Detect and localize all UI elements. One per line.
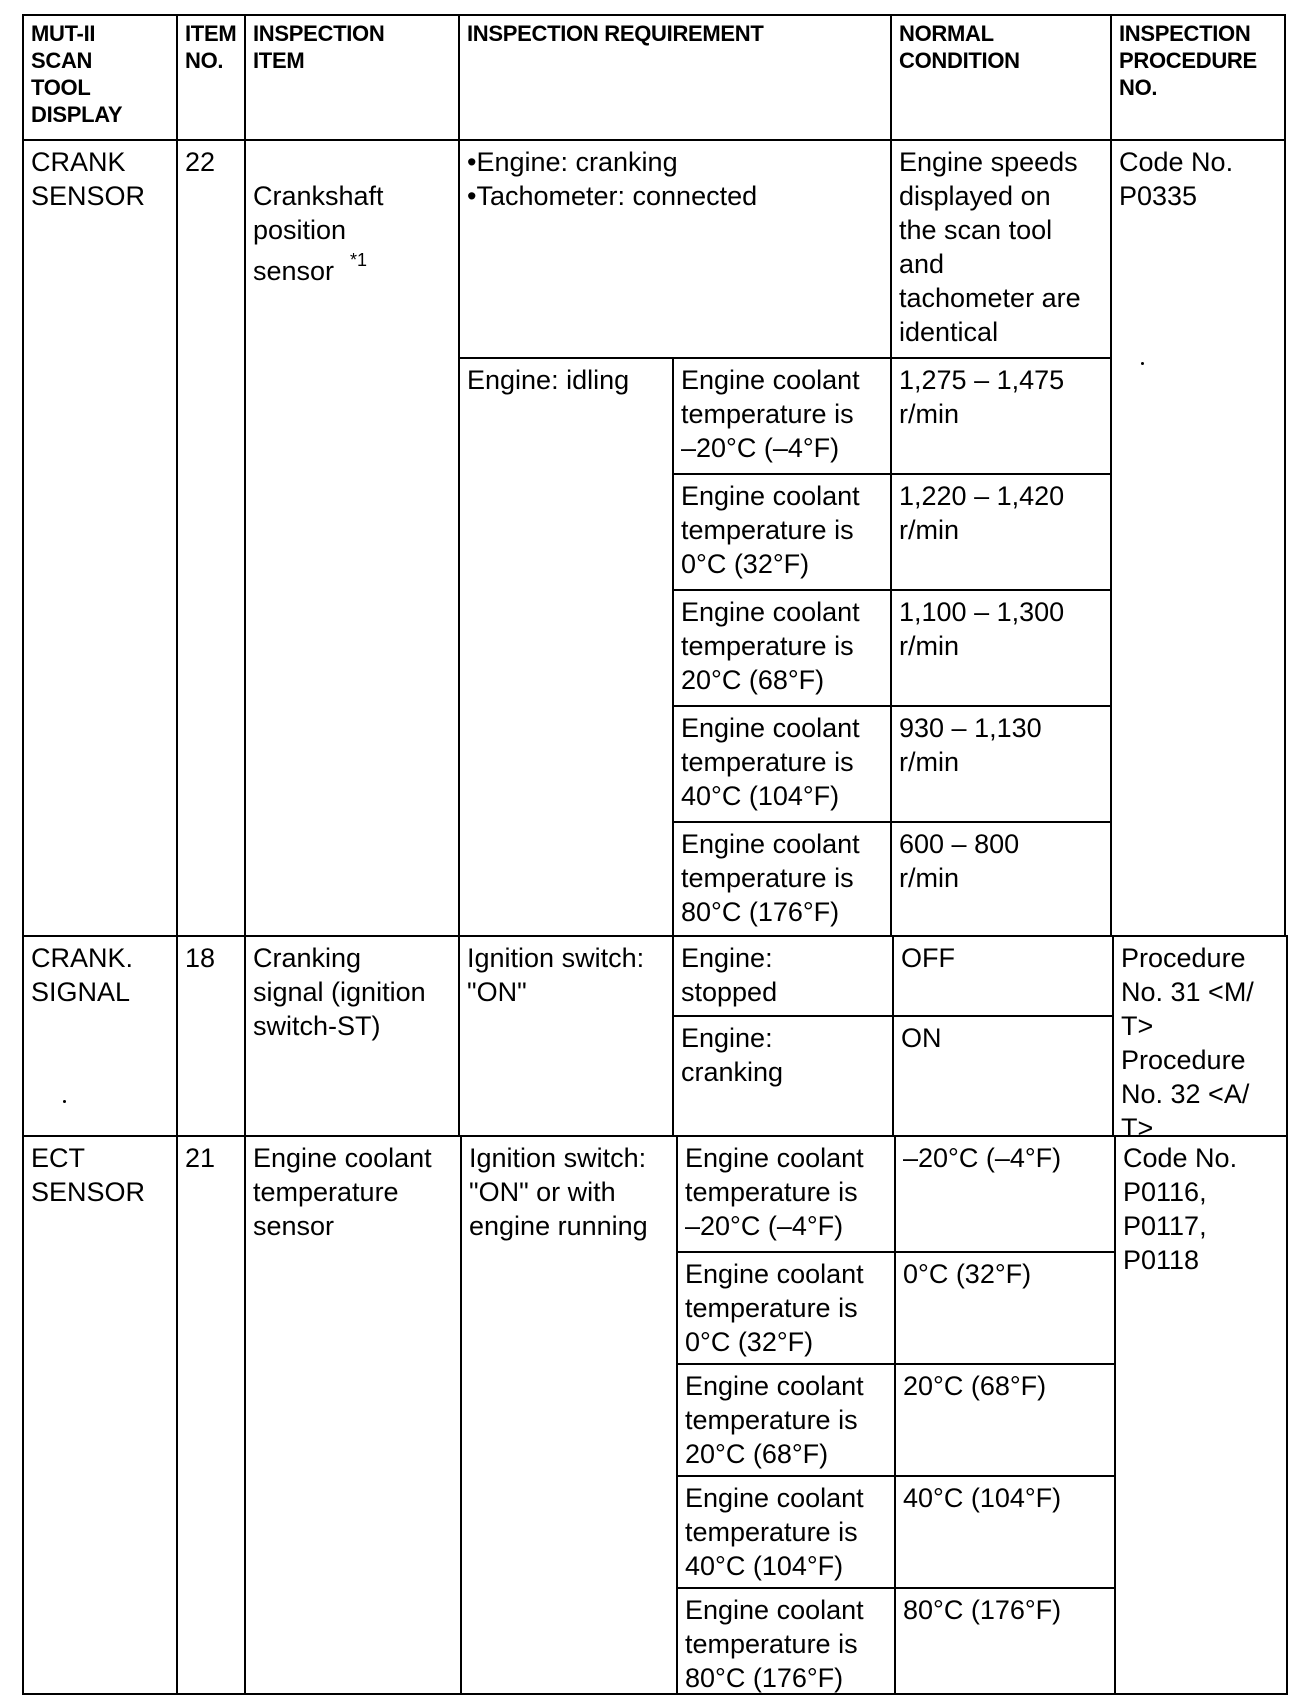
crank-signal-subrow-condition: Engine: cranking xyxy=(672,1015,894,1137)
crank-signal-item-no: 18 xyxy=(176,935,246,1137)
header-normal-condition: NORMAL CONDITION xyxy=(890,14,1112,141)
crank-signal-subrow-normal: ON xyxy=(892,1015,1114,1137)
crank-sensor-subrow-normal: 1,275 – 1,475 r/min xyxy=(890,357,1112,475)
ect-sensor-subrow-condition: Engine coolant temperature is 40°C (104°… xyxy=(676,1475,896,1589)
ect-sensor-procedure: Code No. P0116, P0117, P0118 xyxy=(1114,1135,1288,1695)
ect-sensor-subrow-normal: 0°C (32°F) xyxy=(894,1251,1116,1365)
crank-sensor-cranking-normal: Engine speeds displayed on the scan tool… xyxy=(890,139,1112,359)
crank-sensor-subrow-normal: 1,220 – 1,420 r/min xyxy=(890,473,1112,591)
scan-speck xyxy=(63,1100,66,1103)
crank-signal-procedure: Procedure No. 31 <M/ T> Procedure No. 32… xyxy=(1112,935,1288,1137)
crank-sensor-item-no: 22 xyxy=(176,139,246,937)
ect-sensor-item: Engine coolant temperature sensor xyxy=(244,1135,462,1695)
crank-sensor-subrow-condition: Engine coolant temperature is –20°C (–4°… xyxy=(672,357,892,475)
crank-sensor-subrow-normal: 1,100 – 1,300 r/min xyxy=(890,589,1112,707)
inspection-table-page: MUT-II SCAN TOOL DISPLAY ITEM NO. INSPEC… xyxy=(0,0,1312,1708)
header-inspection-item: INSPECTION ITEM xyxy=(244,14,460,141)
ect-sensor-subrow-condition: Engine coolant temperature is 20°C (68°F… xyxy=(676,1363,896,1477)
crank-signal-subrow-condition: Engine: stopped xyxy=(672,935,894,1017)
crank-sensor-subrow-condition: Engine coolant temperature is 80°C (176°… xyxy=(672,821,892,937)
crank-sensor-item-text: Crankshaft position sensor xyxy=(253,181,384,286)
crank-sensor-subrow-condition: Engine coolant temperature is 20°C (68°F… xyxy=(672,589,892,707)
crank-sensor-subrow-normal: 600 – 800 r/min xyxy=(890,821,1112,937)
crank-signal-subrow-normal: OFF xyxy=(892,935,1114,1017)
ect-sensor-subrow-condition: Engine coolant temperature is 0°C (32°F) xyxy=(676,1251,896,1365)
ect-sensor-subrow-normal: 40°C (104°F) xyxy=(894,1475,1116,1589)
crank-sensor-idle-condition: Engine: idling xyxy=(458,357,674,937)
header-procedure-no: INSPECTION PROCEDURE NO. xyxy=(1110,14,1286,141)
crank-sensor-procedure: Code No. P0335 xyxy=(1110,139,1286,937)
header-item-no: ITEM NO. xyxy=(176,14,246,141)
crank-signal-display: CRANK. SIGNAL xyxy=(22,935,178,1137)
crank-signal-requirement: Ignition switch: "ON" xyxy=(458,935,674,1137)
crank-sensor-display: CRANK SENSOR xyxy=(22,139,178,937)
ect-sensor-subrow-condition: Engine coolant temperature is 80°C (176°… xyxy=(676,1587,896,1695)
crank-signal-item: Cranking signal (ignition switch-ST) xyxy=(244,935,460,1137)
crank-sensor-subrow-condition: Engine coolant temperature is 0°C (32°F) xyxy=(672,473,892,591)
ect-sensor-subrow-normal: –20°C (–4°F) xyxy=(894,1135,1116,1253)
ect-sensor-subrow-condition: Engine coolant temperature is –20°C (–4°… xyxy=(676,1135,896,1253)
scan-speck xyxy=(1141,362,1144,365)
ect-sensor-display: ECT SENSOR xyxy=(22,1135,178,1695)
footnote-marker: *1 xyxy=(350,250,367,270)
crank-sensor-cranking-requirement: •Engine: cranking •Tachometer: connected xyxy=(458,139,892,359)
ect-sensor-subrow-normal: 80°C (176°F) xyxy=(894,1587,1116,1695)
crank-sensor-subrow-normal: 930 – 1,130 r/min xyxy=(890,705,1112,823)
crank-sensor-item: Crankshaft position sensor*1 xyxy=(244,139,460,937)
header-inspection-requirement: INSPECTION REQUIREMENT xyxy=(458,14,892,141)
crank-sensor-subrow-condition: Engine coolant temperature is 40°C (104°… xyxy=(672,705,892,823)
header-scan-tool-display: MUT-II SCAN TOOL DISPLAY xyxy=(22,14,178,141)
ect-sensor-requirement: Ignition switch: "ON" or with engine run… xyxy=(460,1135,678,1695)
ect-sensor-subrow-normal: 20°C (68°F) xyxy=(894,1363,1116,1477)
ect-sensor-item-no: 21 xyxy=(176,1135,246,1695)
